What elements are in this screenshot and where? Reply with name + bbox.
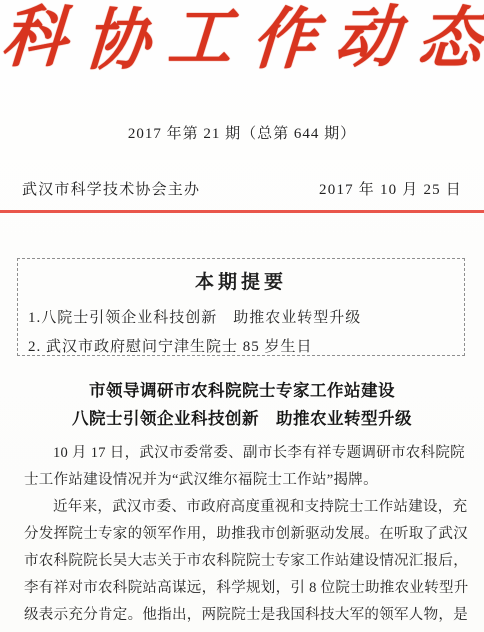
paragraph: 10 月 17 日，武汉市委常委、副市长李有祥专题调研市农科院院 士工作站建设情… [24,440,480,494]
body-line: 分发挥院士专家的领军作用，助推我市创新驱动发展。在听取了武汉 [24,521,480,548]
masthead-char: 协 [82,1,152,80]
article-body: 10 月 17 日，武汉市委常委、副市长李有祥专题调研市农科院院 士工作站建设情… [24,440,480,632]
paragraph: 近年来，武汉市委、市政府高度重视和支持院士工作站建设，充 分发挥院士专家的领军作… [24,494,480,629]
body-line: 李有祥对市农科院站高谋远，科学规划，引 8 位院士助推农业转型升 [24,575,480,602]
masthead-char: 作 [249,0,319,79]
article-headline: 市领导调研市农科院院士专家工作站建设 八院士引领企业科技创新 助推农业转型升级 [0,377,484,433]
issue-number-line: 2017 年第 21 期（总第 644 期） [0,122,484,143]
red-divider-rule [0,210,484,213]
summary-item-list: 1.八院士引领企业科技创新 助推农业转型升级 2. 武汉市政府慰问宁津生院士 8… [28,304,464,362]
masthead-char: 动 [332,0,402,78]
summary-item: 1.八院士引领企业科技创新 助推农业转型升级 [28,304,464,333]
body-line: 10 月 17 日，武汉市委常委、副市长李有祥专题调研市农科院院 [24,440,480,467]
summary-box: 本期提要 1.八院士引领企业科技创新 助推农业转型升级 2. 武汉市政府慰问宁津… [17,258,465,356]
headline-line-1: 市领导调研市农科院院士专家工作站建设 [0,377,484,405]
masthead-char: 科 [0,0,69,78]
newsletter-page-scan: 科 协 工 作 动 态 2017 年第 21 期（总第 644 期） 武汉市科学… [0,0,484,632]
summary-item: 2. 武汉市政府慰问宁津生院士 85 岁生日 [28,333,464,362]
organizer-text: 武汉市科学技术协会主办 [22,178,200,199]
body-line: 近年来，武汉市委、市政府高度重视和支持院士工作站建设，充 [24,494,480,521]
masthead-title: 科 协 工 作 动 态 [2,0,482,82]
masthead-char: 工 [166,0,236,78]
summary-box-title: 本期提要 [18,267,464,294]
organizer-date-row: 武汉市科学技术协会主办 2017 年 10 月 25 日 [22,178,462,199]
body-line: 级表示充分肯定。他指出，两院院士是我国科技大军的领军人物，是 [24,602,480,629]
body-line: 市农科院院长吴大志关于市农科院院士专家工作站建设情况汇报后， [24,548,480,575]
headline-line-2: 八院士引领企业科技创新 助推农业转型升级 [0,405,484,433]
issue-date: 2017 年 10 月 25 日 [319,178,462,199]
masthead-char: 态 [415,0,484,79]
body-line: 士工作站建设情况并为“武汉维尔福院士工作站”揭牌。 [24,467,480,494]
